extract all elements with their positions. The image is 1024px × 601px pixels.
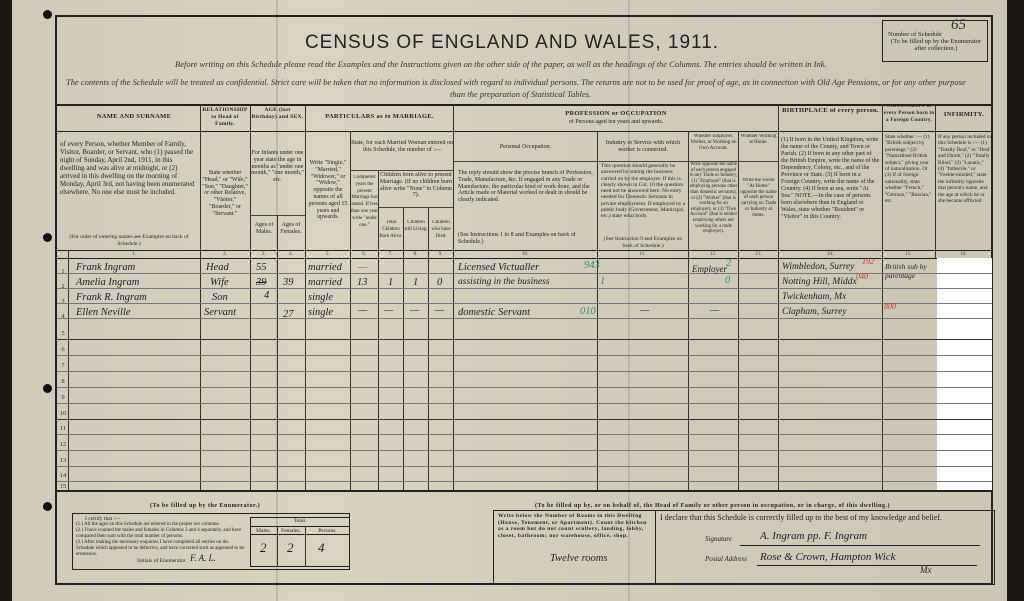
row-number: 6 <box>57 346 69 353</box>
row-line <box>57 303 992 304</box>
certify-item: (1.) All the ages on this Schedule are e… <box>76 522 246 558</box>
header-birthplace: BIRTHPLACE of every person. <box>779 108 882 115</box>
signature-value: A. Ingram pp. F. Ingram <box>760 530 867 542</box>
header-sub-rule <box>350 170 453 171</box>
header-top-rule <box>55 104 993 106</box>
person-industry: — <box>640 305 649 316</box>
header-name: NAME AND SURNAME <box>68 114 200 121</box>
person-birthplace: Twickenham, Mx <box>782 292 846 302</box>
declaration-divider <box>655 510 656 585</box>
col-number: 15. <box>882 252 935 257</box>
birthplace-code: 040 <box>856 272 868 281</box>
occupation-code: 943 <box>584 260 600 271</box>
header-age-males: Ages of Males. <box>251 222 277 236</box>
person-age-female: 39 <box>283 277 294 288</box>
females-label: Females. <box>277 528 305 535</box>
row-line <box>57 355 992 356</box>
schedule-number-note: (To be filled up by the Enumerator after… <box>888 38 984 52</box>
occupation-code: 1 <box>600 276 605 287</box>
person-birthplace: Wimbledon, Surrey <box>782 262 854 272</box>
signature-rule <box>740 545 980 546</box>
person-relationship: Wife <box>210 277 229 288</box>
children-total: — <box>384 305 393 316</box>
person-name: Frank R. Ingram <box>76 292 147 303</box>
punch-hole <box>43 502 52 511</box>
col-number: 12. <box>688 252 738 257</box>
males-label: Males. <box>250 528 277 535</box>
years-married: 13 <box>357 277 368 288</box>
header-children-total: Total Children Born Alive. <box>379 220 403 240</box>
person-age-male: 55 <box>256 262 267 273</box>
instruction-line-2: The contents of the Schedule will be tre… <box>66 77 966 87</box>
col-divider <box>597 131 598 490</box>
declaration-text: I declare that this Schedule is correctl… <box>660 513 942 522</box>
person-name: Amelia Ingram <box>76 277 139 288</box>
row-line <box>57 481 992 482</box>
total-females: 2 <box>287 540 294 556</box>
children-living: — <box>410 305 419 316</box>
punch-hole <box>43 10 52 19</box>
schedule-number-box: 65 Number of Schedule (To be filled up b… <box>882 20 988 62</box>
grid-bottom-rule <box>55 490 993 492</box>
col-divider <box>935 104 936 259</box>
birthplace-code: 192 <box>862 257 874 266</box>
instruction-line-3: than the preparation of Statistical Tabl… <box>450 89 591 99</box>
row-number: 5 <box>57 330 69 337</box>
header-name-desc: of every Person, whether Member of Famil… <box>60 140 198 196</box>
header-age: AGE (last Birthday) and SEX. <box>251 107 304 121</box>
address-rule <box>757 565 977 566</box>
head-of-family-heading: (To be filled up by, or on behalf of, th… <box>535 503 890 510</box>
years-married: — <box>358 305 367 316</box>
person-name: Ellen Neville <box>76 307 131 318</box>
header-marriage-children: Children born alive to present Marriage.… <box>379 172 453 199</box>
form-title: CENSUS OF ENGLAND AND WALES, 1911. <box>0 32 1024 54</box>
redacted-area <box>937 258 992 490</box>
col-number: 8. <box>403 252 428 257</box>
person-occupation: domestic Servant <box>458 307 530 318</box>
total-persons: 4 <box>318 540 325 556</box>
children-total: 1 <box>388 277 393 288</box>
header-children-died: Children who have Died. <box>429 220 453 240</box>
rooms-value: Twelve rooms <box>550 553 607 564</box>
employer-code: 2 <box>726 258 731 269</box>
header-children-living: Children still Living. <box>404 220 428 234</box>
col-number: 6. <box>350 252 378 257</box>
header-occupation-sub: of Persons aged ten years and upwards. <box>454 119 778 126</box>
row-line <box>57 387 992 388</box>
header-sub-rule <box>250 215 305 216</box>
col-divider <box>200 104 201 490</box>
row-line <box>57 403 992 404</box>
person-employer-status: Employer <box>692 264 727 274</box>
header-industry: Industry or Service with which worker is… <box>598 140 688 154</box>
totals-rule <box>250 526 350 527</box>
header-personal-note: (See Instructions 1 to 8 and Examples on… <box>458 232 595 246</box>
postal-address-label: Postal Address <box>705 556 747 563</box>
col-divider <box>778 104 779 490</box>
col-number: 2. <box>200 252 250 257</box>
header-nationality-desc: State whether :— (1) "British subject by… <box>885 134 934 204</box>
header-marriage-state: State, for each Married Woman entered on… <box>351 140 453 154</box>
row-line <box>57 273 992 274</box>
rooms-instruction: Write below the Number of Rooms in this … <box>498 513 652 539</box>
certify-item-2: (2.) I have counted the males and female… <box>76 528 246 540</box>
header-bottom-rule <box>55 250 993 251</box>
header-mid-rule <box>55 131 993 132</box>
years-married: — <box>358 262 367 273</box>
person-occupation: Licensed Victualler <box>458 262 539 273</box>
children-died: 0 <box>437 277 442 288</box>
initials-label: Initials of Enumerator <box>137 558 186 565</box>
row-number: 15 <box>57 483 69 490</box>
col-number: 11. <box>597 252 688 257</box>
col-number: 10. <box>453 252 597 257</box>
instruction-line-1: Before writing on this Schedule please r… <box>175 59 827 69</box>
col-number: 13. <box>738 252 778 257</box>
col-divider <box>403 207 404 490</box>
birthplace-code: 800 <box>884 302 896 311</box>
schedule-number-label: Number of Schedule <box>888 31 984 38</box>
col-number: 16. <box>935 252 992 257</box>
header-nationality: NATIONALITY of every Person born in a Fo… <box>883 104 935 124</box>
row-number: 12 <box>57 441 69 448</box>
row-number: 2 <box>57 283 69 290</box>
form-border <box>55 15 993 585</box>
header-home-desc: Write the words "At Home" opposite the n… <box>739 178 778 219</box>
punch-hole <box>43 233 52 242</box>
header-industry-desc: This question should generally be answer… <box>601 163 687 220</box>
col-divider <box>378 170 379 490</box>
col-number: 4. <box>277 252 305 257</box>
row-number: 4 <box>57 313 69 320</box>
occupation-code: 010 <box>580 306 596 317</box>
person-nationality: British sub by parentage <box>885 262 935 280</box>
header-marriage: PARTICULARS as to MARRIAGE. <box>306 114 453 121</box>
col-number: 7. <box>378 252 403 257</box>
row-number: 3 <box>57 298 69 305</box>
col-divider <box>882 104 883 490</box>
row-line <box>57 450 992 451</box>
header-age-females: Ages of Females. <box>278 222 304 236</box>
header-marriage-write: Write "Single," "Married," "Widower," or… <box>306 160 350 221</box>
header-personal-desc: The reply should show the precise branch… <box>458 170 595 204</box>
row-line <box>57 371 992 372</box>
person-birthplace: Notting Hill, Middx <box>782 277 857 287</box>
col-number: 3. <box>250 252 277 257</box>
header-infirmity-desc: If any person included in this Schedule … <box>938 134 991 204</box>
header-relationship: RELATIONSHIP to Head of Family. <box>201 107 249 127</box>
postal-address-line2: Mx <box>920 565 932 575</box>
header-infirmity: INFIRMITY. <box>936 112 992 119</box>
header-relationship-desc: State whether "Head," or "Wife," "Son," … <box>201 170 249 218</box>
col-number: 1. <box>68 252 200 257</box>
postal-address-line1: Rose & Crown, Hampton Wick <box>760 551 896 563</box>
enumerator-initials: F. A. L. <box>190 553 216 563</box>
signature-label: Signature <box>705 536 732 543</box>
row-number: 13 <box>57 457 69 464</box>
header-occupation: PROFESSION or OCCUPATION <box>454 111 778 118</box>
header-home: Whether Working at Home. <box>739 134 778 146</box>
row-line <box>57 339 992 340</box>
row-number: 8 <box>57 378 69 385</box>
header-employer: Whether Employer, Worker, or Working on … <box>689 134 738 151</box>
header-marriage-years: Completed years the present Marriage has… <box>351 175 378 229</box>
persons-label: Persons. <box>305 528 350 535</box>
person-relationship: Servant <box>204 307 236 318</box>
children-living: 1 <box>413 277 418 288</box>
person-age-female: 27 <box>283 309 294 320</box>
row-number: 14 <box>57 472 69 479</box>
row-line <box>57 419 992 420</box>
person-name: Frank Ingram <box>76 262 135 273</box>
row-number: 7 <box>57 362 69 369</box>
col-number: 9. <box>428 252 453 257</box>
children-died: — <box>435 305 444 316</box>
employer-code: 0 <box>725 275 730 286</box>
header-industry-note: (See Instruction 9 and Examples on back … <box>598 236 688 250</box>
header-age-desc: For Infants under one year state the age… <box>251 150 304 184</box>
total-males: 2 <box>260 540 267 556</box>
row-line <box>57 288 992 289</box>
enumerator-heading: (To be filled up by the Enumerator.) <box>150 503 260 510</box>
row-number: 9 <box>57 394 69 401</box>
row-line <box>57 318 992 319</box>
header-name-note: (For order of entering names see Example… <box>60 234 198 248</box>
row-line <box>57 434 992 435</box>
person-marital: married <box>308 262 342 273</box>
person-occupation: assisting in the business <box>458 277 550 287</box>
col-divider <box>428 207 429 490</box>
person-birthplace: Clapham, Surrey <box>782 307 847 317</box>
person-marital: single <box>308 292 333 303</box>
punch-hole <box>43 384 52 393</box>
col-number: 5. <box>305 252 350 257</box>
person-employer-status: — <box>710 305 719 316</box>
colnum-rule <box>55 258 993 259</box>
row-number: 1 <box>57 268 69 275</box>
certify-item-3: (3.) After making the necessary enquirie… <box>76 540 246 558</box>
header-employer-desc: Write opposite the name of each person e… <box>689 162 738 235</box>
row-number: 10 <box>57 410 69 417</box>
header-birthplace-desc: (1) If born in the United Kingdom, write… <box>781 137 880 221</box>
person-age-male-struck: 39 <box>256 277 267 288</box>
row-number: 11 <box>57 425 69 432</box>
totals-label: Total. <box>250 518 350 525</box>
person-marital: married <box>308 277 342 288</box>
schedule-number: 65 <box>951 22 966 29</box>
person-relationship: Head <box>206 262 229 273</box>
person-age-male: 4 <box>264 290 269 301</box>
person-relationship: Son <box>212 292 228 303</box>
row-line <box>57 466 992 467</box>
header-personal-occupation: Personal Occupation. <box>454 144 597 151</box>
person-marital: single <box>308 307 333 318</box>
header-sub-rule <box>378 207 453 208</box>
